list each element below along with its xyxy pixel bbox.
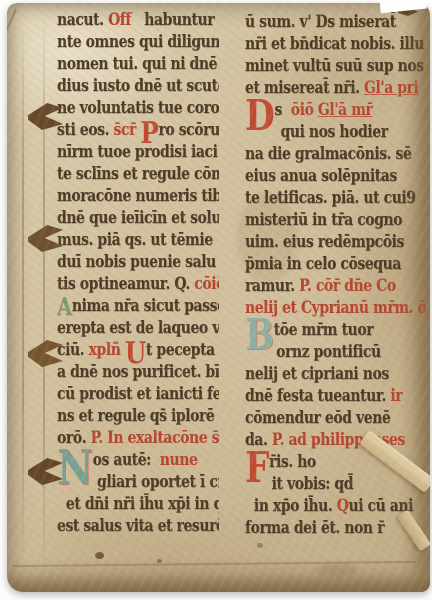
text-segment: it vobis: qd̄ xyxy=(245,474,353,494)
text-line: mus. piā qs. ut tēmie xyxy=(57,229,190,251)
text-line: nacut. Off habuntur xyxy=(57,9,190,31)
text-line: dius iusto dnē ut scuto bō xyxy=(57,75,190,97)
text-line: moracōne numeris tibi xyxy=(57,185,190,207)
text-segment: ōiō xyxy=(291,100,318,120)
text-segment: P. cōr̄ dn̄e Co xyxy=(299,276,396,296)
text-segment: cū prodist et ianicti fe xyxy=(57,384,219,404)
text-segment: habuntur xyxy=(131,10,214,30)
text-line: in xp̄o ih̄u. Qui cū ani xyxy=(245,495,404,517)
text-segment: mus. piā qs. ut tēmie xyxy=(57,230,213,250)
text-segment: nima nr̄a sicut passer xyxy=(72,296,219,316)
text-segment: nelij et cipriani nos xyxy=(245,364,389,384)
text-segment: nte omnes qui diligunt xyxy=(57,32,219,52)
text-line: ornz pontificū xyxy=(245,341,404,363)
text-segment: in xp̄o ih̄u. xyxy=(245,496,337,516)
text-segment: tōe mr̄m tuor xyxy=(274,320,373,340)
text-segment: sti eos. xyxy=(57,120,113,140)
text-segment: ro scōrum xyxy=(158,120,219,140)
text-segment: a dnē nos purificet. bī xyxy=(57,362,219,382)
text-segment: ns et regule qs̄ iplorē xyxy=(57,406,214,426)
text-segment: cōiō xyxy=(194,274,219,294)
text-line: Ds ōiō Gl'ā mr̄ xyxy=(245,99,404,121)
text-line: nr̄i et bn̄dicat nobis. illu xyxy=(245,33,404,55)
text-line: Nos autē: nune xyxy=(57,449,190,471)
parchment-cover: nacut. Off habunturnte omnes qui diligun… xyxy=(7,3,430,592)
ink-spot xyxy=(95,552,104,559)
text-segment: dnē festa tueantur. xyxy=(245,386,390,406)
text-segment: dius iusto dnē ut scuto bō xyxy=(57,76,219,96)
text-segment: eius anua solēpnitas xyxy=(245,166,397,186)
text-segment: s xyxy=(274,100,290,120)
text-segment: minet vultū suū sup nos xyxy=(245,56,424,76)
text-segment: t pecepta tu xyxy=(146,340,219,360)
text-line: tis optineamur. Q. cōiō xyxy=(57,273,190,295)
text-line: Anima nr̄a sicut passer xyxy=(57,295,190,317)
text-segment: ramur. xyxy=(245,276,299,296)
spine-fold-area xyxy=(7,3,55,592)
text-line: et dn̄i nr̄i ih̄u xp̄i in quo xyxy=(57,493,190,515)
text-line: dnē festa tueantur. ir xyxy=(245,385,404,407)
crease-line xyxy=(43,9,45,582)
text-line: ramur. P. cōr̄ dn̄e Co xyxy=(245,275,404,297)
text-line: nelij et cipriani nos xyxy=(245,363,404,385)
text-segment: qui nos hodier xyxy=(245,122,388,142)
ink-spot xyxy=(257,543,263,548)
text-segment: Gl'ā mr̄ xyxy=(318,100,373,120)
text-line: nte omnes qui diligunt xyxy=(57,31,190,53)
text-line: cū prodist et ianicti fe xyxy=(57,383,190,405)
text-line: p̄mia in celo cōsequa xyxy=(245,253,404,275)
text-segment: s̄cr̄ xyxy=(113,120,140,140)
text-line: erepta est de laqueo venan xyxy=(57,317,190,339)
edge-stain xyxy=(398,3,430,592)
text-segment: r̄is. ho xyxy=(269,452,316,472)
text-segment: Off xyxy=(108,10,131,30)
text-line: te letificas. piā. ut cui9 xyxy=(245,187,404,209)
text-line: Btōe mr̄m tuor xyxy=(245,319,404,341)
text-segment: est salus vita et resurc̄tiō xyxy=(57,516,219,536)
text-line: minet vultū suū sup nos xyxy=(245,55,404,77)
text-segment: nomen tui. qui ni dnē bī xyxy=(57,54,219,74)
text-segment: ne voluntatis tue coronas xyxy=(57,98,219,118)
text-segment: ciū. xyxy=(57,340,89,360)
text-segment: xplñ xyxy=(89,340,125,360)
text-line: a dnē nos purificet. bī xyxy=(57,361,190,383)
text-segment: Q xyxy=(337,496,349,516)
text-line: cōmendur eōd venē xyxy=(245,407,404,429)
text-segment: te letificas. piā. ut cui9 xyxy=(245,188,416,208)
text-line: ne voluntatis tue coronas xyxy=(57,97,190,119)
manuscript-photo: nacut. Off habunturnte omnes qui diligun… xyxy=(0,0,432,600)
parchment-stain xyxy=(317,563,357,577)
text-segment: uim. eius redēmpcōis xyxy=(245,232,404,252)
text-segment: p̄mia in celo cōsequa xyxy=(245,254,401,274)
text-segment: P. In exaltacōne s̄c̄ xyxy=(91,428,219,448)
ink-spot xyxy=(157,559,162,563)
text-segment: te sclīns et regule cōme xyxy=(57,164,219,184)
text-line: qui nos hodier xyxy=(245,121,404,143)
text-segment: ū sum. v' Ds miserat̄ xyxy=(245,12,396,32)
text-segment: et dn̄i nr̄i ih̄u xp̄i in quo xyxy=(57,494,219,514)
text-line: dnē que ieīicīn et soluī xyxy=(57,207,190,229)
text-column-left: nacut. Off habunturnte omnes qui diligun… xyxy=(57,9,219,541)
text-line: misteriū in tr̄a cogno xyxy=(245,209,404,231)
crease-line xyxy=(22,23,24,562)
text-segment: os autē: xyxy=(93,450,160,470)
text-segment: ornz pontificū xyxy=(245,342,381,362)
text-line: ciū. xplñ Ut pecepta tu xyxy=(57,339,190,361)
text-segment: tis optineamur. Q. xyxy=(57,274,194,294)
text-segment: nune xyxy=(160,450,198,470)
text-line: sti eos. s̄cr̄ Pro scōrum xyxy=(57,119,190,141)
text-line: forma dei ēt. non r̄ xyxy=(245,517,404,539)
text-segment: na die gralmacōnis. sē xyxy=(245,144,411,164)
text-line: duī nobis puenie salu xyxy=(57,251,190,273)
text-line: nīrm tuoe prodisi iaci xyxy=(57,141,190,163)
text-segment: cōmendur eōd venē xyxy=(245,408,390,428)
text-line: est salus vita et resurc̄tiō xyxy=(57,515,190,537)
text-line: te sclīns et regule cōme xyxy=(57,163,190,185)
text-line: na die gralmacōnis. sē xyxy=(245,143,404,165)
text-line: uim. eius redēmpcōis xyxy=(245,231,404,253)
text-segment: forma dei ēt. non r̄ xyxy=(245,518,384,538)
text-segment: nīrm tuoe prodisi iaci xyxy=(57,142,218,162)
text-segment: moracōne numeris tibi xyxy=(57,186,219,206)
text-segment: dnē que ieīicīn et soluī xyxy=(57,208,219,228)
text-segment: misteriū in tr̄a cogno xyxy=(245,210,402,230)
text-segment: gliari oportet ī cru xyxy=(57,472,219,492)
text-line: gliari oportet ī cru xyxy=(57,471,190,493)
text-segment: erepta est de laqueo venan xyxy=(57,318,219,338)
text-line: ū sum. v' Ds miserat̄ xyxy=(245,11,404,33)
text-segment: duī nobis puenie salu xyxy=(57,252,216,272)
text-line: eius anua solēpnitas xyxy=(245,165,404,187)
text-segment: nacut. xyxy=(57,10,108,30)
text-line: it vobis: qd̄ xyxy=(245,473,404,495)
text-line: ns et regule qs̄ iplorē xyxy=(57,405,190,427)
text-line: nomen tui. qui ni dnē bī xyxy=(57,53,190,75)
